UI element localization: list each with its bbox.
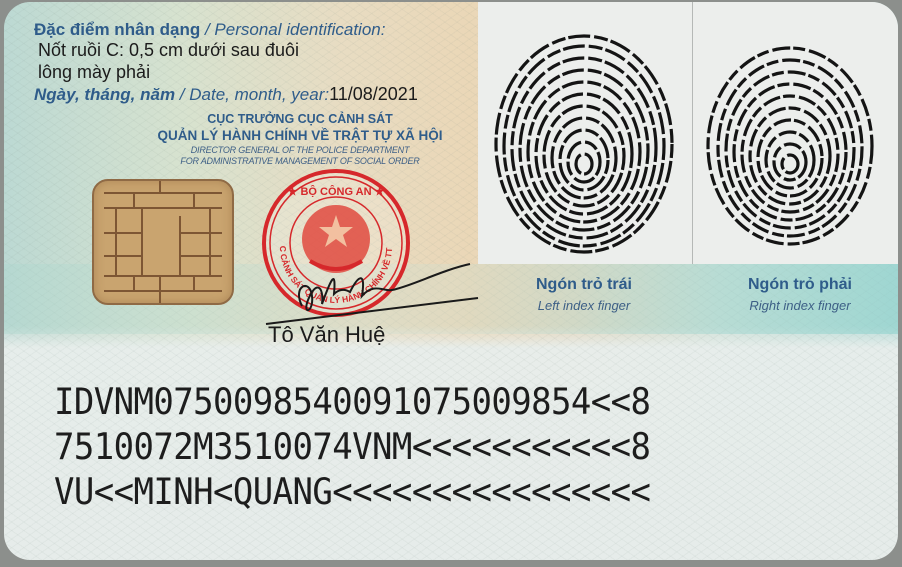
issuer-title-en-line1: DIRECTOR GENERAL OF THE POLICE DEPARTMEN… <box>120 145 480 155</box>
issue-date-value: 11/08/2021 <box>329 84 418 104</box>
signature <box>262 246 484 328</box>
left-finger-label-en: Left index finger <box>504 298 664 313</box>
mrz-line-3: VU<<MINH<QUANG<<<<<<<<<<<<<<<< <box>54 470 650 513</box>
personal-identification-value-line2: lông mày phải <box>38 62 150 83</box>
id-card-back: Đặc điểm nhân dạng / Personal identifica… <box>4 2 898 560</box>
issuer-title-vn-line1: CỤC TRƯỞNG CỤC CẢNH SÁT <box>120 112 480 126</box>
seal-top-text: ★ BỘ CÔNG AN ★ <box>288 185 385 198</box>
issue-date-row: Ngày, tháng, năm / Date, month, year:11/… <box>34 84 418 105</box>
personal-identification-label: Đặc điểm nhân dạng / Personal identifica… <box>34 20 385 40</box>
left-index-fingerprint-icon <box>488 14 686 258</box>
fingerprint-panel <box>478 2 898 264</box>
signer-name: Tô Văn Huệ <box>268 322 385 348</box>
issue-date-label-vn: Ngày, tháng, năm <box>34 85 175 104</box>
mrz-line-2: 7510072M3510074VNM<<<<<<<<<<<8 <box>54 425 650 468</box>
label-separator: / <box>175 85 189 104</box>
issuer-title-vn-line2: QUẢN LÝ HÀNH CHÍNH VỀ TRẬT TỰ XÃ HỘI <box>120 128 480 143</box>
right-finger-label-vn: Ngón trỏ phải <box>720 276 880 294</box>
right-index-fingerprint-icon <box>698 24 894 260</box>
fingerprint-divider <box>692 2 693 264</box>
label-separator: / <box>200 20 214 39</box>
personal-identification-label-en: Personal identification: <box>214 20 385 39</box>
mrz-line-1: IDVNM0750098540091075009854<<8 <box>54 380 650 423</box>
right-finger-label-en: Right index finger <box>720 298 880 313</box>
left-finger-label-vn: Ngón trỏ trái <box>504 276 664 294</box>
smart-chip-icon <box>92 179 234 305</box>
issue-date-label-en: Date, month, year: <box>189 85 329 104</box>
personal-identification-label-vn: Đặc điểm nhân dạng <box>34 20 200 39</box>
personal-identification-value-line1: Nốt ruồi C: 0,5 cm dưới sau đuôi <box>38 40 299 61</box>
